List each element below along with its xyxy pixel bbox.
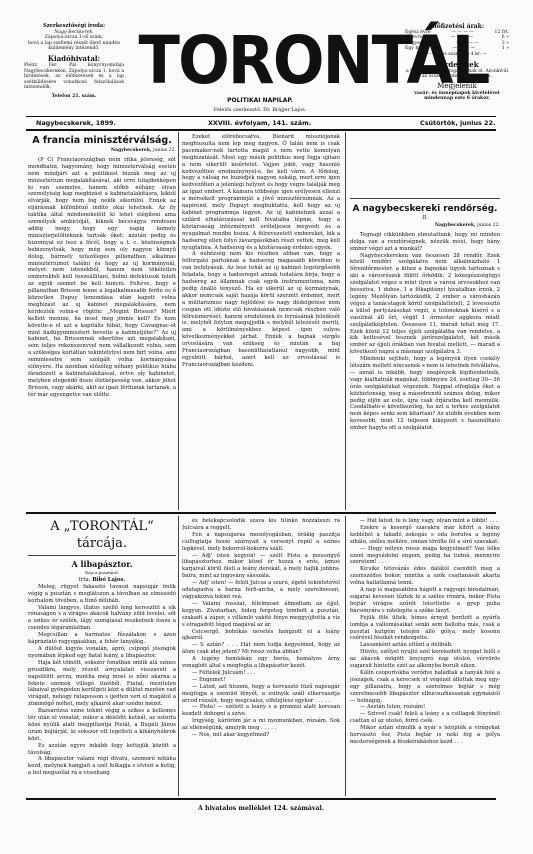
publisher-text: Pleitz Fer. Pál könyvnyomdája Nagybecske… xyxy=(24,63,124,91)
column-divider xyxy=(345,516,346,796)
article-paragraph: Mindenki sejtheti, hogy a legények ilyen… xyxy=(350,356,500,432)
feuilleton-paragraph: Kicsike tétovázás édes dalától csendült … xyxy=(350,566,500,587)
feuilleton-genre: Rajz a pusztáról. xyxy=(28,570,176,577)
article-dateline: Nagybecskerek, junius 22. xyxy=(350,223,500,230)
article-paragraph: (P C) Franciaországban nem ritka jelensé… xyxy=(28,157,176,399)
column-divider xyxy=(178,516,179,796)
feuilleton-paragraph: — Látod, azt hiszem, hogy a hervasztó tü… xyxy=(182,684,340,705)
feuilleton-paragraph: — Adj' isten! — feleli Julcsa a szurú, é… xyxy=(182,580,340,601)
feuilleton-paragraph: Csicsergő, bohókás nevetés hangzott el a… xyxy=(182,629,340,643)
feuilleton-paragraph: Meleg, rügyet fakasztó tavaszi napsugár … xyxy=(28,584,176,605)
french-crisis-continuation-space xyxy=(350,134,500,196)
feuilleton-paragraph: és belekapcsolódik szava kis tilinkó hoz… xyxy=(182,518,340,532)
article-title: A nagybecskereki rendőrség. xyxy=(350,203,500,215)
article-paragraph: Tegnapi cikkünkben elmutattunk, hogy mi … xyxy=(350,232,500,253)
article-title: A francia minisztérválság. xyxy=(28,134,176,147)
feuilleton-paragraph: — Valami rosszat, félelmeset álmodtam az… xyxy=(182,601,340,629)
editor-line: Felelős szerkesztő: Dr. Brájjer Lajos. xyxy=(128,107,392,113)
feuilleton-paragraph: Bazsarózsa színe tekint végig a szikes a… xyxy=(28,708,176,743)
article-separator xyxy=(350,198,500,199)
office-note: hová a lap szellemi részét illető minden… xyxy=(24,41,124,52)
feuilleton-paragraph: — Adj' isten kegyon! — szólt Pista a mes… xyxy=(182,553,340,581)
feuilleton-paragraph: — Féltelek Julcsám! . . . xyxy=(182,670,340,677)
article-part: II. xyxy=(350,215,500,222)
feuilleton-col1: A „TORONTÁL“ tárcája. A libapásztor. Raj… xyxy=(28,518,176,794)
footer-note: A hivatalos melléklet 124. számával. xyxy=(26,805,496,812)
feuilleton-paragraph: Fejük fölé ültek, hímes árnyat borított … xyxy=(350,615,500,643)
feuilleton-rule xyxy=(26,512,496,514)
single-copy-price: — Egyes szám ára 4 kr. — xyxy=(405,52,509,58)
article-paragraph: Ezeket előrebocsátva, Bienard misszióján… xyxy=(182,134,340,251)
feuilleton-col2: és belekapcsolódik szava kis tilinkó hoz… xyxy=(182,518,340,794)
feuilleton-paragraph: Megcsillan a harmatos fűszálakon s azon … xyxy=(28,632,176,646)
feuilleton-paragraph: És azután egyre inkább fogy kettejük köz… xyxy=(28,743,176,757)
feuilleton-paragraph: A dülőut kígyós vonalán, apró, csipogó j… xyxy=(28,646,176,660)
feuilleton-paragraph: A libapásztor valami régi divatu, szomor… xyxy=(28,756,176,777)
feuilleton-paragraph: Kálin csoportokba verődve haladtak a tan… xyxy=(350,670,500,705)
feuilleton-paragraph: Hüvös, szélyel nyujtó szél kerekedett ny… xyxy=(350,649,500,670)
feuilleton-paragraph: A legény homlokán egy borús, homályos ár… xyxy=(182,656,340,670)
feuilleton-title: A libapásztor. xyxy=(28,559,176,570)
dateline-place-year: Nagybecskerek, 1899. xyxy=(36,119,116,127)
feuilleton-paragraph: Ezekre a kesergő szavakra már kitört a l… xyxy=(350,525,500,546)
ads-text: a kiadóhivatalban fogadtatnak el. Azonkí… xyxy=(405,69,509,80)
newspaper-subtitle: POLITIKAI NAPILAP. xyxy=(128,97,392,104)
appears-text: vasár- és ünnepnapok kivételével mindenn… xyxy=(405,91,509,102)
article-paragraph: A nehézség nem kis részben abban van, ho… xyxy=(182,251,340,368)
article-dateline: Nagybecskerek, junius 22. xyxy=(28,148,176,155)
publisher-heading: Kiadóhivatal: xyxy=(24,54,124,63)
masthead-office-info: Szerkesztőségi iroda: Nagy-Becskerek, Zá… xyxy=(24,24,124,100)
dateline-volume: XXVIII. évfolyam, 141. szám. xyxy=(208,119,311,127)
feuilleton-header: A „TORONTÁL“ tárcája. xyxy=(28,518,176,552)
article-french-crisis-col1: A francia minisztérválság. Nagybecskerek… xyxy=(28,134,176,508)
article-police-col: A nagybecskereki rendőrség. II. Nagybecs… xyxy=(350,134,500,508)
feuilleton-paragraph: Valami langyos, illatos szellő leng kere… xyxy=(28,605,176,633)
article-french-crisis-col2: Ezeket előrebocsátva, Bienard misszióján… xyxy=(182,134,340,508)
feuilleton-paragraph: — Engemet! xyxy=(182,677,340,684)
feuilleton-paragraph: A nap is magasabbra hágott a ragyogó bir… xyxy=(350,587,500,615)
feuilleton-col3: — Hát látod, te is lány vagy, olyan mint… xyxy=(350,518,500,794)
feuilleton-paragraph: — S aztán? . . . Hát nem tudja kegyelmed… xyxy=(182,642,340,656)
feuilleton-paragraph: — Nos, mit akar kegyelmed? xyxy=(182,732,340,739)
feuilleton-paragraph: — Szivvel csak! feleli a leány s a csill… xyxy=(350,711,500,725)
newspaper-title: TORONTÁL xyxy=(139,26,382,96)
feuilleton-header-rule xyxy=(28,555,176,556)
newspaper-page: Szerkesztőségi iroda: Nagy-Becskerek, Zá… xyxy=(0,0,533,854)
feuilleton-paragraph: — Pista! — szólott a leány s a piramisi … xyxy=(182,704,340,718)
footer-rule xyxy=(26,798,496,800)
feuilleton-author: Irta: Bibó Lajos. xyxy=(28,577,176,584)
masthead-rule xyxy=(26,116,496,117)
column-divider xyxy=(345,132,346,510)
feuilleton-paragraph: Mikor aztán elmulik a nyár s letépték a … xyxy=(350,725,500,746)
dateline-day: Csütörtök, junius 22. xyxy=(420,119,495,127)
feuilleton-paragraph: Fen a napsugaras mosolyogásban, órákig p… xyxy=(182,532,340,553)
phone: Telefon 21. szám. xyxy=(24,94,124,100)
dateline-rule xyxy=(26,129,496,131)
appears-heading: Megjelenik xyxy=(405,82,509,91)
column-divider xyxy=(178,132,179,510)
feuilleton-paragraph: Irigység, káröröm jár a mi nyomunkban, r… xyxy=(182,718,340,732)
feuilleton-paragraph: Haja két tömött, sokszor fonatban omlik … xyxy=(28,660,176,708)
masthead-prices: Előfizetési árak: Egész évre— — — —12 fr… xyxy=(405,24,509,102)
feuilleton-paragraph: — Hát látod, te is lány vagy, olyan mint… xyxy=(350,518,500,525)
feuilleton-paragraph: — Hogy milyen rossz maga kegyelmed? Van … xyxy=(350,546,500,567)
ads-heading: Hirdetések xyxy=(405,60,509,69)
article-paragraph: Nagybecskereken van összesen 28 rendőr. … xyxy=(350,253,500,357)
